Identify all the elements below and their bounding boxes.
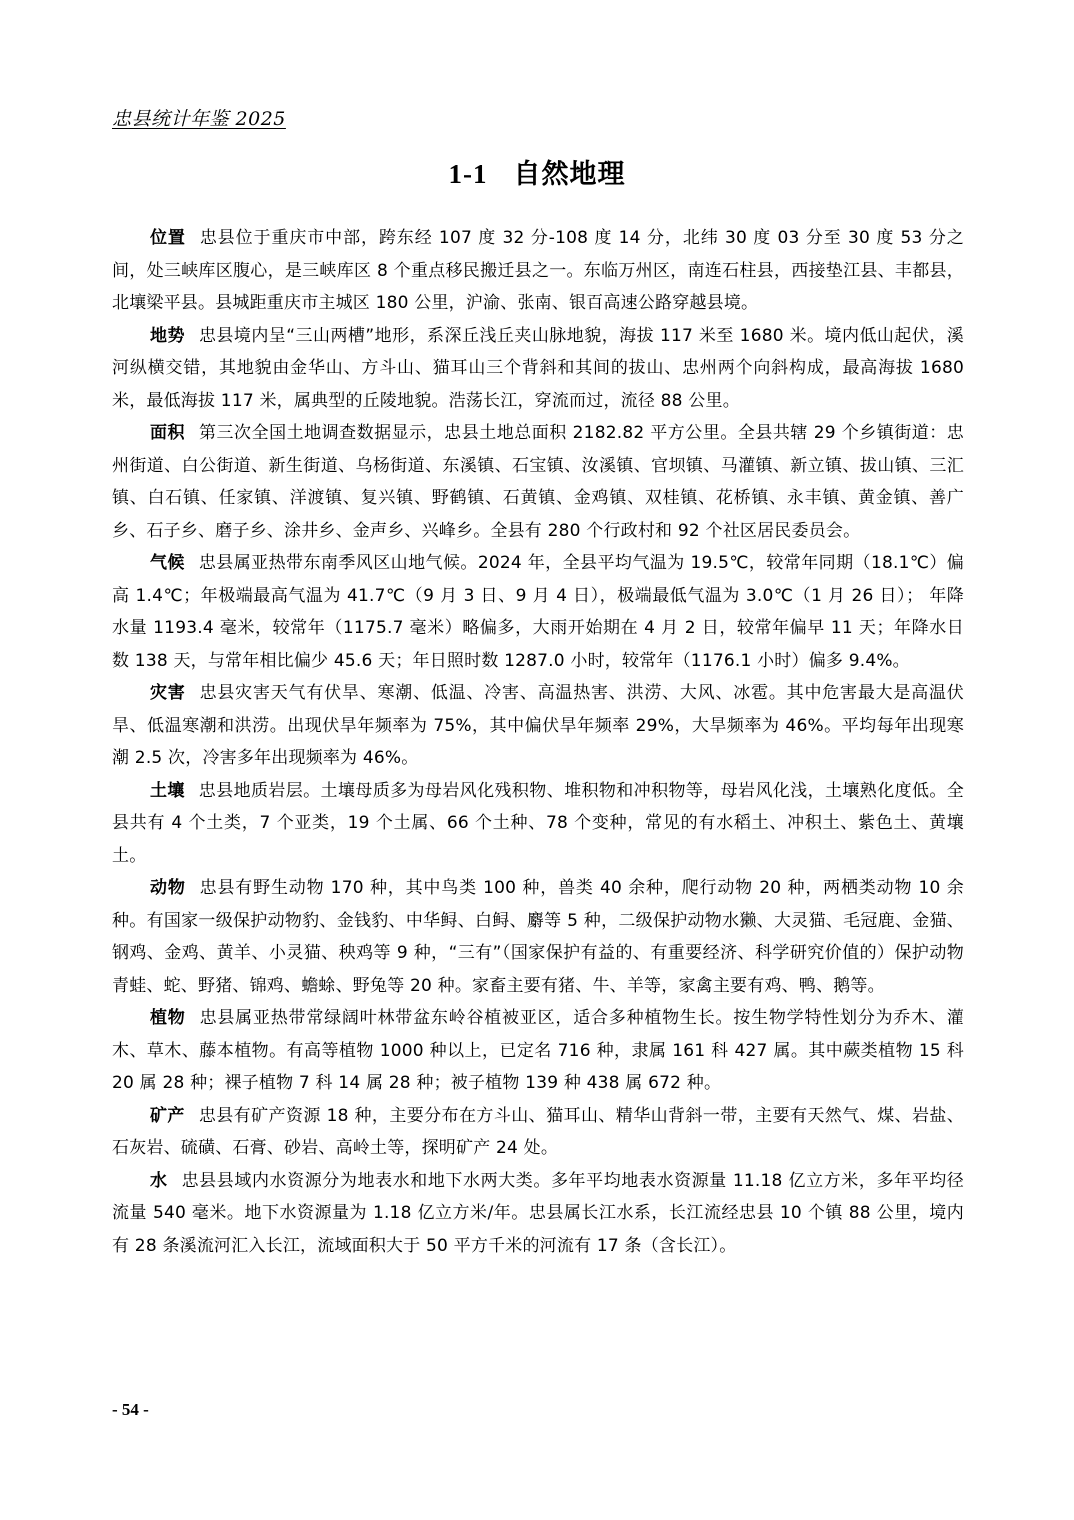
paragraph-term: 土壤 [150,781,185,801]
paragraph-minerals: 矿产忠县有矿产资源 18 种，主要分布在方斗山、猫耳山、精华山背斜一带，主要有天… [112,1100,964,1165]
paragraph-disasters: 灾害忠县灾害天气有伏旱、寒潮、低温、冷害、高温热害、洪涝、大风、冰雹。其中危害最… [112,677,964,775]
paragraph-term: 气候 [150,553,185,573]
paragraph-terrain: 地势忠县境内呈“三山两槽”地形，系深丘浅丘夹山脉地貌，海拔 117 米至 168… [112,320,964,418]
paragraph-term: 植物 [150,1008,186,1028]
paragraph-location: 位置忠县位于重庆市中部，跨东经 107 度 32 分-108 度 14 分，北纬… [112,222,964,320]
paragraph-text: 忠县位于重庆市中部，跨东经 107 度 32 分-108 度 14 分，北纬 3… [112,228,964,313]
paragraph-term: 动物 [150,878,186,898]
paragraph-term: 矿产 [150,1106,185,1126]
paragraph-term: 位置 [150,228,186,248]
paragraph-term: 面积 [150,423,185,443]
paragraph-soil: 土壤忠县地质岩层。土壤母质多为母岩风化残积物、堆积物和冲积物等，母岩风化浅，土壤… [112,775,964,873]
page-title: 1-1自然地理 [0,152,1074,191]
section-title: 自然地理 [514,159,626,190]
paragraph-text: 忠县灾害天气有伏旱、寒潮、低温、冷害、高温热害、洪涝、大风、冰雹。其中危害最大是… [112,683,964,768]
paragraph-term: 水 [150,1171,168,1191]
running-header: 忠县统计年鉴 2025 [112,104,286,131]
section-number: 1-1 [449,159,488,189]
document-body: 位置忠县位于重庆市中部，跨东经 107 度 32 分-108 度 14 分，北纬… [112,222,964,1262]
paragraph-text: 忠县地质岩层。土壤母质多为母岩风化残积物、堆积物和冲积物等，母岩风化浅，土壤熟化… [112,781,964,866]
paragraph-text: 忠县属亚热带常绿阔叶林带盆东岭谷植被亚区，适合多种植物生长。按生物学特性划分为乔… [112,1008,964,1093]
paragraph-climate: 气候忠县属亚热带东南季风区山地气候。2024 年，全县平均气温为 19.5℃，较… [112,547,964,677]
paragraph-text: 忠县有野生动物 170 种，其中鸟类 100 种，兽类 40 余种，爬行动物 2… [112,878,964,996]
paragraph-text: 忠县有矿产资源 18 种，主要分布在方斗山、猫耳山、精华山背斜一带，主要有天然气… [112,1106,964,1159]
page-number: - 54 - [112,1400,149,1420]
paragraph-text: 第三次全国土地调查数据显示，忠县土地总面积 2182.82 平方公里。全县共辖 … [112,423,964,541]
paragraph-animals: 动物忠县有野生动物 170 种，其中鸟类 100 种，兽类 40 余种，爬行动物… [112,872,964,1002]
paragraph-text: 忠县境内呈“三山两槽”地形，系深丘浅丘夹山脉地貌，海拔 117 米至 1680 … [112,326,964,411]
paragraph-water: 水忠县县域内水资源分为地表水和地下水两大类。多年平均地表水资源量 11.18 亿… [112,1165,964,1263]
paragraph-area: 面积第三次全国土地调查数据显示，忠县土地总面积 2182.82 平方公里。全县共… [112,417,964,547]
paragraph-plants: 植物忠县属亚热带常绿阔叶林带盆东岭谷植被亚区，适合多种植物生长。按生物学特性划分… [112,1002,964,1100]
paragraph-term: 灾害 [150,683,186,703]
paragraph-text: 忠县县域内水资源分为地表水和地下水两大类。多年平均地表水资源量 11.18 亿立… [112,1171,964,1256]
paragraph-text: 忠县属亚热带东南季风区山地气候。2024 年，全县平均气温为 19.5℃，较常年… [112,553,964,671]
paragraph-term: 地势 [150,326,185,346]
